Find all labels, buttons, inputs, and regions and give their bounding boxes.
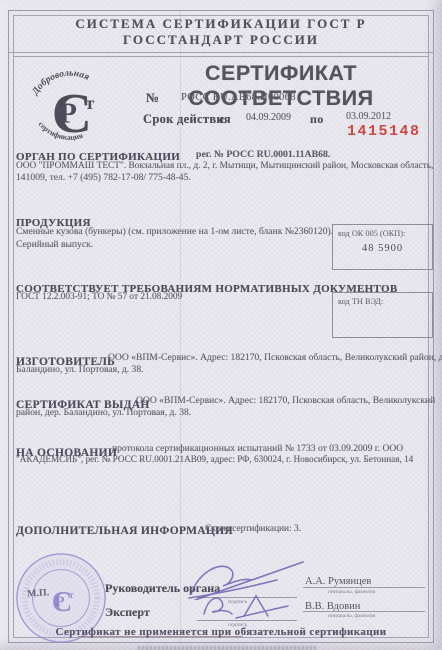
expert-name-caption: инициалы, фамилия <box>328 613 375 619</box>
expert-signature <box>192 588 297 622</box>
validity-label: Срок действия <box>143 112 231 127</box>
conformity-line-1: ГОСТ 12.2.003-91; ТО № 57 от 21.08.2009 <box>16 292 182 302</box>
product-line-1: Сменные кузова (бункеры) (см. приложение… <box>16 226 333 237</box>
manufacturer-line-1: ООО «ВПМ-Сервис». Адрес: 182170, Псковск… <box>108 352 442 363</box>
stamp-letter-t: т <box>69 590 74 601</box>
header-divider-1 <box>8 52 434 53</box>
okp-code-label: код ОК 005 (ОКП): <box>338 229 432 238</box>
tnved-code-label: код ТН ВЭД: <box>338 297 432 306</box>
org-line-2: 141009, тел. +7 (495) 782-17-08/ 775-48-… <box>16 172 191 183</box>
expert-signature-line <box>197 620 297 621</box>
validity-prefix: с <box>219 112 225 127</box>
head-name-line <box>303 587 425 588</box>
certificate-title: СЕРТИФИКАТ СООТВЕТСТВИЯ <box>128 61 434 111</box>
manufacturer-line-2: Баландино, ул. Портовая, д. 38. <box>16 364 144 375</box>
okp-code-box: код ОК 005 (ОКП): 48 5900 <box>332 224 433 270</box>
org-reg-number: рег. № РОСС RU.0001.11АВ68. <box>196 149 330 160</box>
org-line-1: ООО "ПРОММАШ ТЕСТ". Вокзальная пл., д. 2… <box>16 161 433 171</box>
product-line-2: Серийный выпуск. <box>16 239 93 250</box>
expert-role-label: Эксперт <box>105 605 150 620</box>
header-line-2: ГОССТАНДАРТ РОССИИ <box>0 32 442 48</box>
basis-line-2: "АКАДЕМСИБ", рег. № РОСС RU.0001.21АВ09,… <box>16 454 413 464</box>
logo-letter-t: т <box>85 93 94 113</box>
certificate-page: СИСТЕМА СЕРТИФИКАЦИИ ГОСТ Р ГОССТАНДАРТ … <box>0 0 442 650</box>
validity-mid: по <box>310 112 324 127</box>
expert-name-line <box>303 611 425 612</box>
stamp-place-label: М.П. <box>27 587 50 600</box>
number-label: № <box>146 90 159 106</box>
footer-underline <box>78 636 243 637</box>
logo-letter-r: Р <box>59 97 77 129</box>
head-name-caption: инициалы, фамилия <box>328 589 375 595</box>
stamp-letter-r: Р <box>56 594 65 610</box>
additional-value: Схема сертификации: 3. <box>205 524 301 534</box>
basis-line-1: протокола сертификационных испытаний № 1… <box>112 443 403 454</box>
okp-code-value: 48 5900 <box>333 243 432 254</box>
header-line-1: СИСТЕМА СЕРТИФИКАЦИИ ГОСТ Р <box>0 16 442 32</box>
validity-to-date: 03.09.2012 <box>346 111 391 122</box>
head-name: А.А. Румянцев <box>305 576 371 587</box>
fine-print-line <box>138 646 318 650</box>
issued-line-1: ООО «ВПМ-Сервис». Адрес: 182170, Псковск… <box>136 395 435 406</box>
additional-label: ДОПОЛНИТЕЛЬНАЯ ИНФОРМАЦИЯ <box>16 525 233 537</box>
validity-from-date: 04.09.2009 <box>246 112 291 123</box>
issued-line-2: район, дер. Баландино, ул. Портовая, д. … <box>16 407 191 418</box>
certificate-number: РОСС RU.АВ68.Н00068 <box>181 92 296 103</box>
rst-logo-icon: Добровольная сертификация С Р т <box>22 58 118 154</box>
blank-number: 1415148 <box>347 123 421 140</box>
header-divider-2 <box>13 56 429 57</box>
tnved-code-box: код ТН ВЭД: <box>332 292 433 338</box>
